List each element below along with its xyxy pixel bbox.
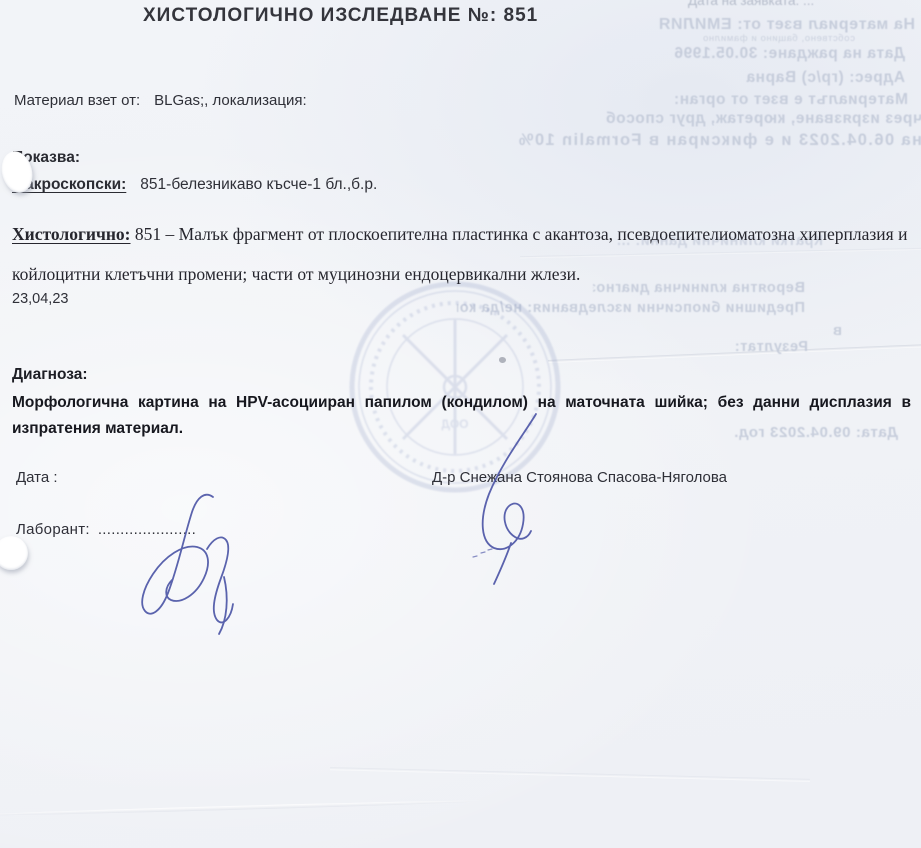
laborant-label: Лаборант:	[16, 521, 90, 538]
paper-crease	[0, 799, 480, 817]
histology-paragraph: Хистологично: 851 – Малък фрагмент от пл…	[12, 214, 912, 294]
bleedthrough-line: Материалът е взет от орган:	[633, 91, 908, 109]
diagnosis-text: Морфологична картина на HPV-асоцииран па…	[12, 390, 911, 442]
laborant-dotted-line: ......................	[98, 521, 196, 538]
punch-hole	[0, 536, 28, 570]
handwritten-date-code: 23,04,23	[12, 291, 68, 307]
diagnosis-label: Диагноза:	[12, 366, 88, 384]
histology-label: Хистологично:	[12, 224, 131, 244]
macroscopic-value: 851-белезникаво късче-1 бл.,б.р.	[140, 176, 377, 194]
document-title: ХИСТОЛОГИЧНО ИЗСЛЕДВАНЕ №: 851	[143, 5, 538, 27]
material-label: Материал взет от:	[14, 92, 140, 109]
scanned-document-page: Дата на заявката: ... На материал взет о…	[0, 0, 921, 848]
bleedthrough-line: в	[818, 323, 842, 339]
bleedthrough-line: Дата на раждане: 30.05.1996	[633, 45, 905, 63]
bleedthrough-line: чрез изрязване, кюретаж, друг способ	[578, 110, 921, 128]
laborant-signature	[130, 485, 250, 645]
bleedthrough-line: Адрес: (гр/с) Варна	[683, 69, 905, 87]
doctor-name: Д-р Снежана Стоянова Спасова-Няголова	[432, 469, 727, 486]
macroscopic-row: Макроскопски: 851-белезникаво късче-1 бл…	[12, 176, 377, 194]
bleedthrough-line: собствено, бащино и фамилно	[620, 33, 855, 44]
laborant-row: Лаборант: ......................	[16, 521, 196, 538]
histology-text: 851 – Малък фрагмент от плоскоепителна п…	[12, 224, 907, 284]
material-value: BLGas;, локализация:	[154, 92, 306, 109]
bleedthrough-line: на 06.04.2023 и е фиксиран в Formalin 10…	[430, 131, 921, 150]
cutoff-header-line: Дата на заявката: ...	[688, 0, 814, 8]
material-row: Материал взет от: BLGas;, локализация:	[14, 92, 307, 109]
round-stamp-bleedthrough: ООД	[340, 272, 570, 502]
date-field-label: Дата :	[16, 469, 58, 486]
paper-crease	[330, 767, 810, 782]
bleedthrough-line: Резултат:	[726, 339, 808, 355]
